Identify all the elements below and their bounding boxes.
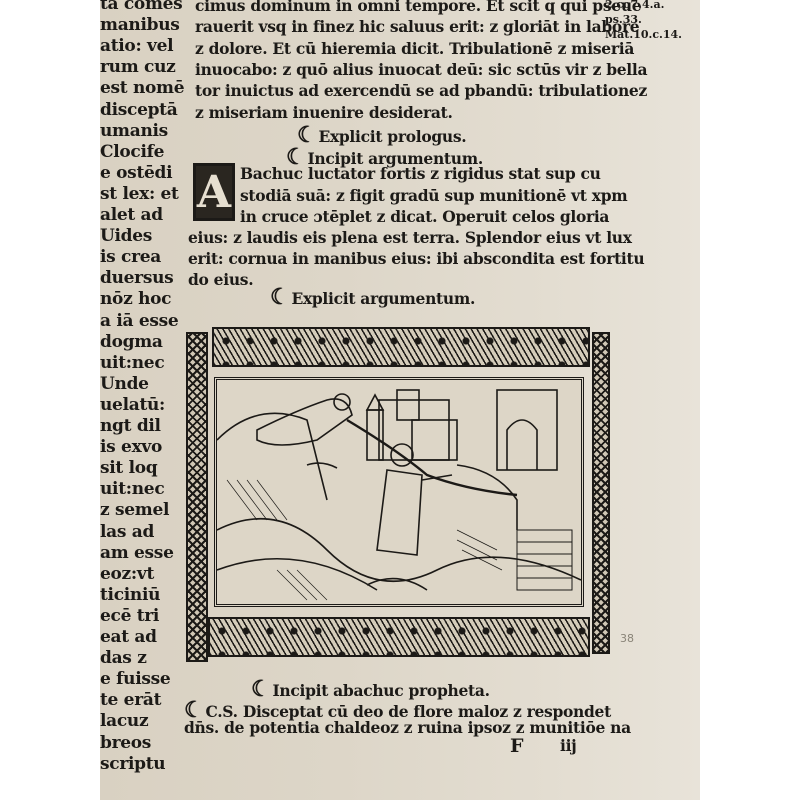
left-floral-border — [186, 332, 208, 662]
left-column-line: ecē tri — [100, 606, 159, 626]
argument-line: do eius. — [188, 270, 253, 289]
woodcut-scene — [214, 377, 584, 607]
pencil-folio-number: 38 — [620, 632, 634, 645]
left-column-line: Uides — [100, 226, 152, 246]
left-column-text: ta comesmanibusatio: velrum cuzest nomēd… — [100, 0, 190, 800]
argument-line: Bachuc luctator fortis z rigidus stat su… — [240, 164, 601, 183]
left-column-line: e fuisse — [100, 669, 170, 689]
left-column-line: sit loq — [100, 458, 157, 478]
left-column-line: duersus — [100, 268, 173, 288]
top-ornamental-border — [212, 327, 590, 367]
argument-line: erit: cornua in manibus eius: ibi abscon… — [188, 249, 644, 268]
left-column-line: manibus — [100, 15, 180, 35]
prologue-line: rauerit vsq in finez hic saluus erit: z … — [195, 17, 639, 36]
left-column-line: a iā esse — [100, 311, 178, 331]
left-column-line: ta comes — [100, 0, 182, 14]
left-column-line: e ostēdi — [100, 163, 172, 183]
bottom-floral-border — [208, 617, 590, 657]
left-column-line: uit:nec — [100, 353, 164, 373]
left-column-line: st lex: et — [100, 184, 179, 204]
pilcrow-icon: ☾ — [270, 284, 289, 310]
left-column-line: is crea — [100, 247, 161, 267]
left-column-line: dogma — [100, 332, 163, 352]
argument-line: stodiā suā: z figit gradū sup munitionē … — [240, 186, 627, 205]
woodcut-illustration — [186, 327, 613, 663]
left-column-line: alet ad — [100, 205, 163, 225]
prologue-line: inuocabo: z quō alius inuocat deū: sic s… — [195, 60, 647, 79]
left-column-line: eoz:vt — [100, 564, 154, 584]
left-column-line: atio: vel — [100, 36, 173, 56]
book-start-line: dn̄s. de potentia chaldeoz z ruina ipsoz… — [184, 718, 631, 737]
right-rope-border — [592, 332, 610, 654]
left-column-line: disceptā — [100, 100, 177, 120]
signature-letter: F — [510, 735, 523, 757]
left-column-line: breos — [100, 733, 151, 753]
left-column-line: Unde — [100, 374, 149, 394]
left-column-line: las ad — [100, 522, 154, 542]
left-column-line: is exvo — [100, 437, 162, 457]
prologue-line: tor inuictus ad exercendū se ad pbandū: … — [195, 81, 647, 100]
left-column-line: est nomē — [100, 78, 184, 98]
left-column-line: ticiniū — [100, 585, 160, 605]
left-column-line: z semel — [100, 500, 169, 520]
left-column-line: uelatū: — [100, 395, 165, 415]
explicit-argumentum: ☾Explicit argumentum. — [270, 284, 475, 310]
left-column-line: scriptu — [100, 754, 165, 774]
book-page: ta comesmanibusatio: velrum cuzest nomēd… — [100, 0, 700, 800]
left-column-line: lacuz — [100, 711, 148, 731]
left-column-line: Clocife — [100, 142, 164, 162]
signature-number: iij — [560, 736, 577, 755]
prologue-line: z miseriam inuenire desiderat. — [195, 103, 453, 122]
prologue-line: z dolore. Et cū hieremia dicit. Tribulat… — [195, 39, 634, 58]
argument-line: eius: z laudis eis plena est terra. Sple… — [188, 228, 632, 247]
left-column-line: ngt dil — [100, 416, 161, 436]
argument-line: in cruce ɔtēplet z dicat. Operuit celos … — [240, 207, 609, 226]
left-column-line: am esse — [100, 543, 174, 563]
left-column-line: nōz hoc — [100, 289, 171, 309]
habakkuk-angel-scene-icon — [217, 380, 581, 604]
left-column-line: te erāt — [100, 690, 161, 710]
left-column-line: uit:nec — [100, 479, 164, 499]
left-column-line: rum cuz — [100, 57, 176, 77]
left-column-line: eat ad — [100, 627, 157, 647]
left-column-line: umanis — [100, 121, 168, 141]
left-column-line: das z — [100, 648, 147, 668]
prologue-line: cimus dominum in omni tempore. Et scit q… — [195, 0, 641, 15]
decorated-initial: A — [193, 163, 235, 221]
